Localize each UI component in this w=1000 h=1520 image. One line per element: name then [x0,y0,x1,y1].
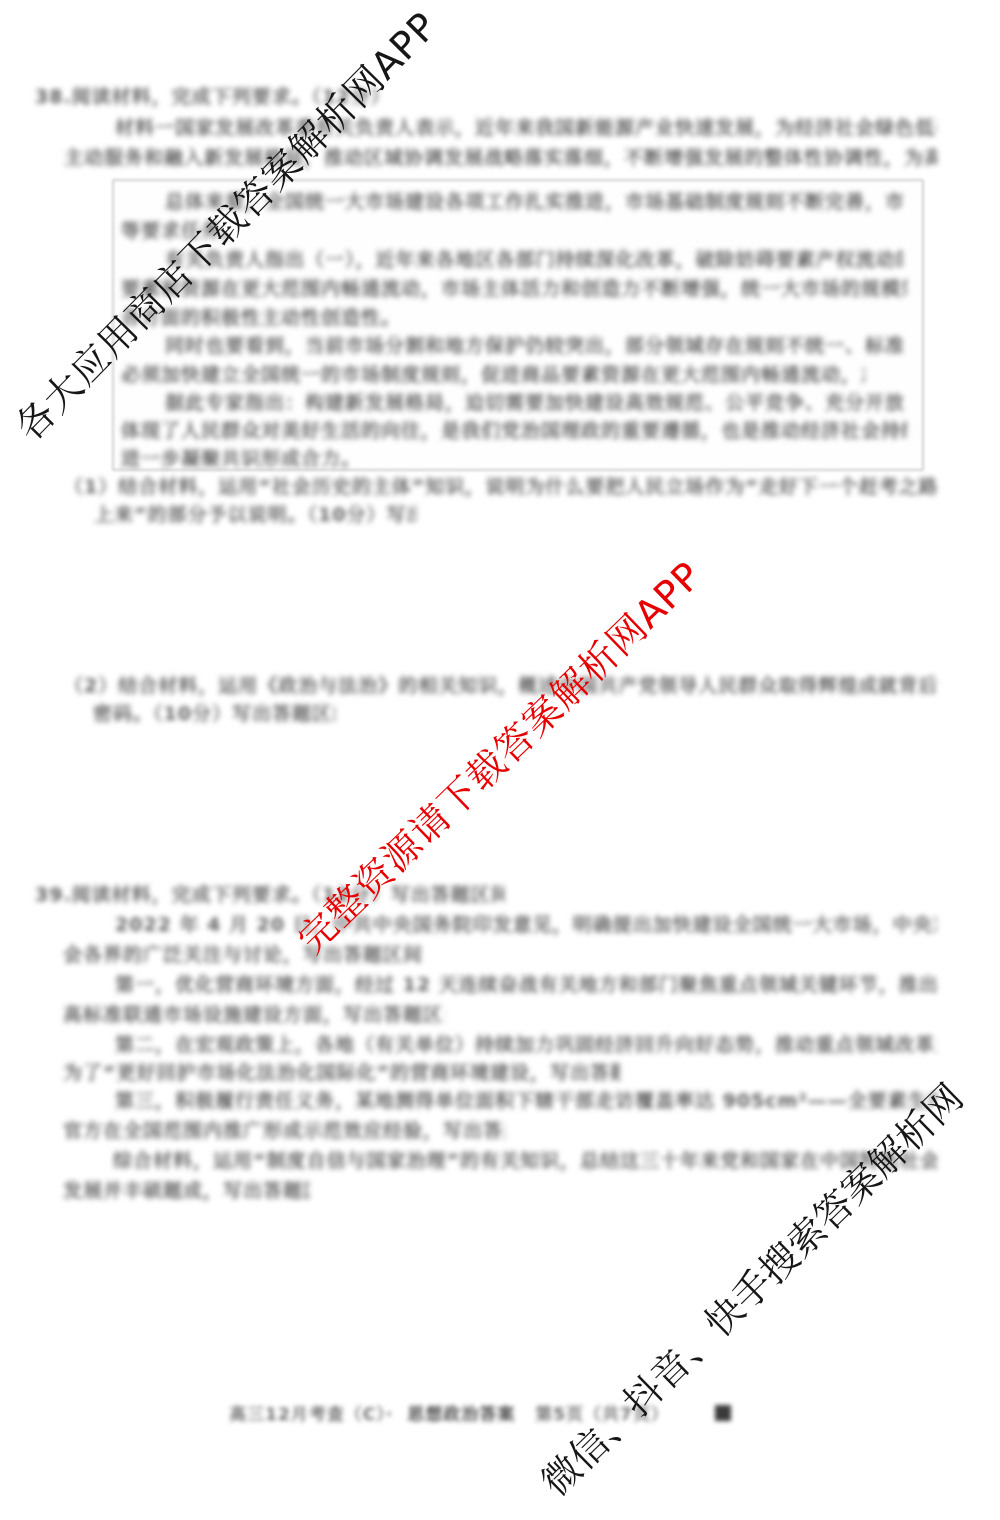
page: 38.阅读材料，完成下列要求。（12分） 材料一国家发展改革委有关负责人表示，近… [0,0,1000,1520]
blurred-text-line: 体现了人民群众对美好生活的向往，是我们党治国理政的重要遵循，也是推动经济社会持续… [121,420,907,444]
blurred-text-line: （1）结合材料，运用“社会历史的主体”知识，说明为什么要把人民立场作为“走好下一… [64,476,937,500]
blurred-text-line: 上来”的部分予以说明。（10分）写出答题区间 [94,504,416,528]
blurred-text-line: 综合材料，运用“制度自信与国家治理”的有关知识，总结这三十年来党和国家在中国特色… [113,1150,937,1174]
blurred-text-line: 39.阅读材料，完成下列要求。（12分）写出答题区间 [35,884,505,908]
blurred-text-line: 必须加快建立全国统一的市场制度规则，促进商品要素资源在更大范围内畅通流动，加快建… [121,364,865,388]
blurred-text-line: 有关负责人指出（一），近年来各地区各部门持续深化改革，破除妨碍要素产权流动的体制… [165,249,903,273]
footer-subject: 思想政治答案 [407,1400,515,1425]
footer-mark-icon [715,1405,731,1421]
blurred-text-line: 据此专家指出：构建新发展格局，迫切需要加快建设高效规范、公平竞争、充分开放的全国… [165,392,903,416]
watermark-bottom-right: 微信、抖音、快手搜索答案解析网 [527,1069,973,1506]
blurred-text-line: 要素和资源在更大范围内畅通流动，市场主体活力和创造力不断增强，统一大市场的规模效… [121,278,907,302]
blurred-text-line: （2）结合材料，运用《政治与法治》的相关知识，概述中国共产党领导人民群众取得辉煌… [64,675,937,699]
blurred-text-line: 会各界的广泛关注与讨论，写出答题区间 [63,944,435,968]
footer-exam-title: 高三12月考查（C）· [229,1400,393,1425]
blurred-text-line: 高标准联通市场设施建设方面，写出答题区间 [63,1004,445,1028]
blurred-text-line: 密码。（10分）写出答题区间 [93,703,335,727]
blurred-text-line: 发展并丰硕题成，写出答题区间 [63,1180,310,1204]
blurred-text-line: 第一，优化营商环境方面，经过 12 天连续奋战有关地方和部门聚焦重点领域关键环节… [115,974,937,998]
blurred-text-line: 主动服务和融入新发展格局，推动区域协调发展战略落实落细，不断增强发展的整体性协调… [64,147,937,171]
blurred-text-line: 进一步凝聚共识形成合力。 [121,448,359,472]
blurred-text-line: 官方在全国范围内推广形成示范效应经验，写出答题区间 [63,1120,505,1144]
blurred-text-line: 材料一国家发展改革委有关负责人表示，近年来我国新能源产业快速发展，为经济社会绿色… [115,117,937,141]
blurred-text-line: 为了“更好回护市场化法治化国际化”的营商环境建设，写出答题区间 [63,1062,620,1086]
blurred-text-line: 同时也要看到，当前市场分割和地方保护仍较突出，部分领域存在规则不统一、标准不一致… [165,335,903,359]
blurred-text-line: 第二，在宏观政策上，各地（有关单位）持续加力巩固经济回升向好态势，推动重点领域改… [115,1034,937,1058]
page-footer: 高三12月考查（C）· 思想政治答案 第5页（共7页） [0,1400,1000,1425]
blurred-text-line: 2022 年 4 月 20 日，中共中央国务院印发意见，明确提出加快建设全国统一… [115,914,937,938]
blurred-text-line: 第三，积极履行责任义务，某地测得单位面积下辖干部走访覆盖率达 905cm²——全… [115,1090,937,1114]
